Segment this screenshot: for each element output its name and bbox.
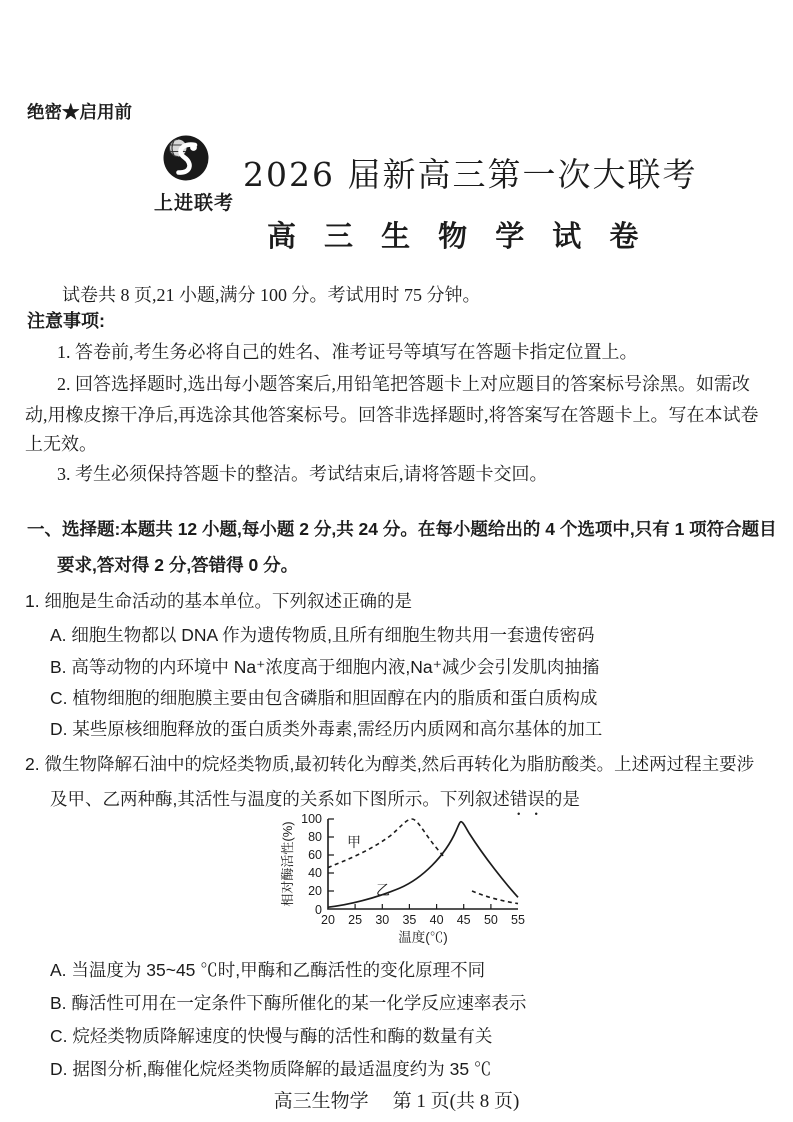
footer-subject: 高三生物学 (274, 1091, 369, 1112)
curve-jia-dashed-left (328, 819, 445, 868)
question-1-stem: 1. 细胞是生命活动的基本单位。下列叙述正确的是 (25, 588, 412, 613)
curve-label-yi: 乙 (376, 882, 390, 898)
section-heading-line1: 一、选择题:本题共 12 小题,每小题 2 分,共 24 分。在每小题给出的 4… (27, 516, 777, 541)
question-2-option-d: D. 据图分析,酶催化烷烃类物质降解的最适温度约为 35 ℃ (50, 1056, 491, 1081)
question-2-option-b: B. 酶活性可用在一定条件下酶所催化的某一化学反应速率表示 (50, 990, 526, 1015)
curve-label-jia: 甲 (347, 834, 361, 850)
notice-line-2c: 上无效。 (25, 430, 97, 456)
question-1-option-c: C. 植物细胞的细胞膜主要由包含磷脂和胆固醇在内的脂质和蛋白质构成 (50, 685, 597, 710)
y-tick-60: 60 (308, 848, 322, 862)
y-tick-40: 40 (308, 866, 322, 880)
x-tick-25: 25 (348, 913, 362, 927)
curve-jia-dashed-right (472, 891, 518, 904)
notice-line-3: 3. 考生必须保持答题卡的整洁。考试结束后,请将答题卡交回。 (57, 460, 548, 486)
x-axis-label: 温度(℃) (398, 929, 448, 945)
notice-heading: 注意事项: (27, 307, 105, 333)
league-logo-icon (162, 134, 210, 182)
x-tick-20: 20 (321, 913, 335, 927)
x-tick-50: 50 (484, 913, 498, 927)
x-tick-35: 35 (402, 913, 416, 927)
page-footer: 高三生物学第 1 页(共 8 页) (0, 1086, 793, 1113)
x-tick-30: 30 (375, 913, 389, 927)
x-tick-45: 45 (457, 913, 471, 927)
security-marking: 绝密★启用前 (27, 99, 132, 124)
x-tick-40: 40 (430, 913, 444, 927)
exam-info-line: 试卷共 8 页,21 小题,满分 100 分。考试用时 75 分钟。 (62, 281, 481, 307)
exam-title: 2026 届新高三第一次大联考 (243, 149, 697, 196)
question-1-option-d: D. 某些原核细胞释放的蛋白质类外毒素,需经历内质网和高尔基体的加工 (50, 716, 602, 741)
footer-page-number: 第 1 页(共 8 页) (393, 1091, 520, 1112)
league-logo-text: 上进联考 (154, 188, 234, 215)
question-2-option-a: A. 当温度为 35~45 ℃时,甲酶和乙酶活性的变化原理不同 (50, 957, 485, 982)
y-axis-label: 相对酶活性(%) (280, 821, 295, 906)
y-tick-20: 20 (308, 884, 322, 898)
question-1-option-b: B. 高等动物的内环境中 Na⁺浓度高于细胞内液,Na⁺减少会引发肌肉抽搐 (50, 654, 599, 679)
question-2-stem-line2-post: 的是 (545, 789, 580, 809)
x-tick-55: 55 (511, 913, 525, 927)
notice-line-2b: 动,用橡皮擦干净后,再选涂其他答案标号。回答非选择题时,将答案写在答题卡上。写在… (25, 401, 759, 427)
notice-line-1: 1. 答卷前,考生务必将自己的姓名、准考证号等填写在答题卡指定位置上。 (57, 338, 638, 364)
y-tick-100: 100 (301, 812, 322, 826)
notice-line-2a: 2. 回答选择题时,选出每小题答案后,用铅笔把答题卡上对应题目的答案标号涂黑。如… (57, 370, 750, 396)
enzyme-activity-chart: 0 20 40 60 80 100 20 25 30 35 40 45 50 5… (250, 806, 540, 953)
y-tick-marks (328, 819, 334, 891)
question-1-option-a: A. 细胞生物都以 DNA 作为遗传物质,且所有细胞生物共用一套遗传密码 (50, 622, 594, 647)
y-tick-80: 80 (308, 830, 322, 844)
league-logo (162, 134, 210, 187)
exam-paper-page: 绝密★启用前 上进联考 2026 届新高三第一次大联考 高 三 生 物 学 试 … (0, 0, 793, 1122)
question-2-option-c: C. 烷烃类物质降解速度的快慢与酶的活性和酶的数量有关 (50, 1023, 492, 1048)
exam-subtitle: 高 三 生 物 学 试 卷 (267, 214, 648, 255)
question-2-stem-line1: 2. 微生物降解石油中的烷烃类物质,最初转化为醇类,然后再转化为脂肪酸类。上述两… (25, 751, 754, 776)
section-heading-line2: 要求,答对得 2 分,答错得 0 分。 (57, 552, 298, 577)
